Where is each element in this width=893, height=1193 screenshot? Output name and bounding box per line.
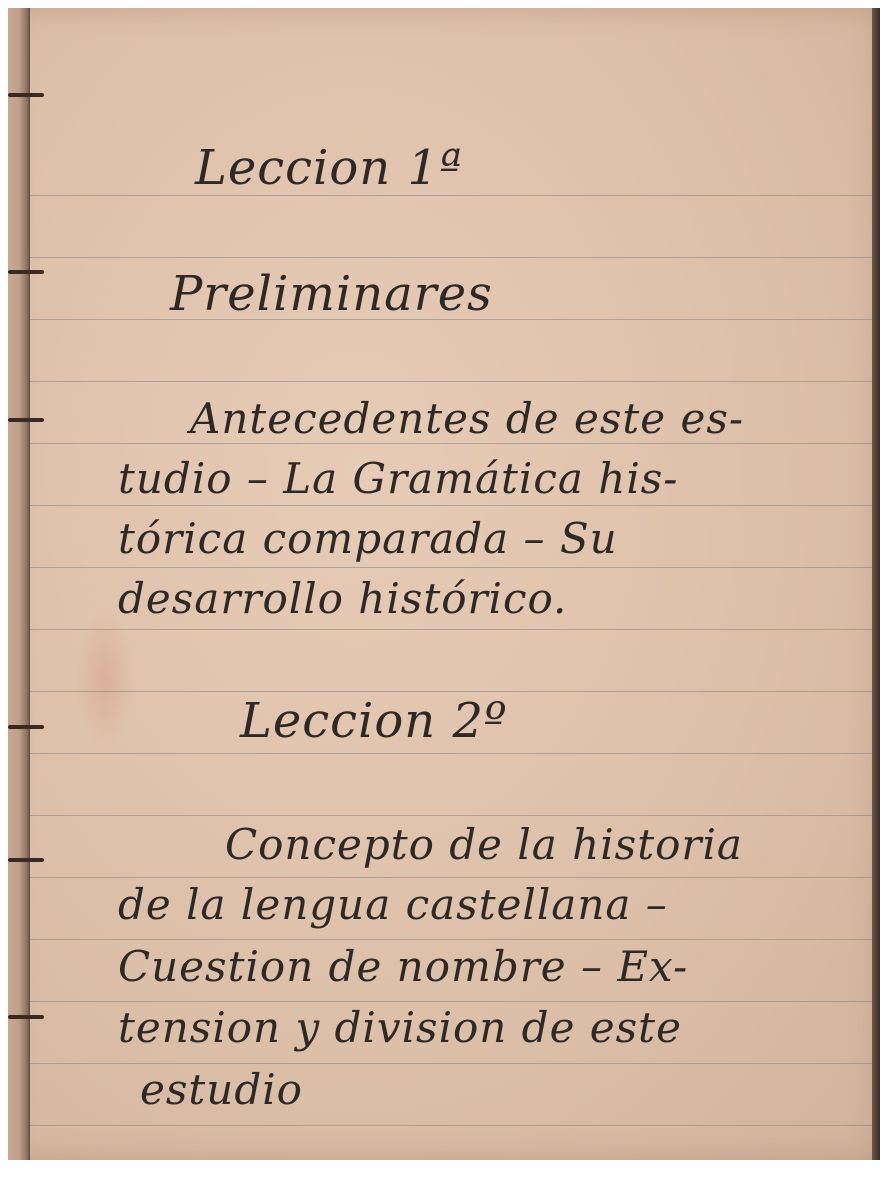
paper-stain [75,610,135,750]
lesson-1-line: desarrollo histórico. [118,574,567,623]
ruled-line [30,815,872,816]
lesson-1-heading: Leccion 1ª [195,140,463,196]
ruled-line [30,753,872,754]
binding-stitch [8,1015,44,1019]
ruled-line [30,691,872,692]
lesson-1-line: tudio – La Gramática his- [118,454,679,503]
page-edge [872,8,880,1160]
lesson-2-line: estudio [140,1065,303,1114]
lesson-2-line: Cuestion de nombre – Ex- [118,942,688,991]
lesson-1-line: tórica comparada – Su [118,514,618,563]
ruled-line [30,939,872,940]
ruled-line [30,877,872,878]
ruled-line [30,629,872,630]
ruled-line [30,1125,872,1126]
binding-stitch [8,418,44,422]
ruled-line [30,443,872,444]
lesson-1-subheading: Preliminares [170,266,493,322]
lesson-2-heading: Leccion 2º [240,693,508,749]
ruled-line [30,381,872,382]
lesson-2-line: tension y division de este [118,1003,682,1052]
lesson-2-line: Concepto de la historia [225,820,743,869]
ruled-line [30,1001,872,1002]
lesson-1-line: Antecedentes de este es- [190,394,744,443]
binding-stitch [8,270,44,274]
binding-stitch [8,858,44,862]
lesson-2-line: de la lengua castellana – [118,880,668,929]
ruled-line [30,257,872,258]
page-binding [8,8,30,1160]
binding-stitch [8,93,44,97]
ruled-line [30,567,872,568]
ruled-line [30,1063,872,1064]
ruled-line [30,505,872,506]
binding-stitch [8,725,44,729]
